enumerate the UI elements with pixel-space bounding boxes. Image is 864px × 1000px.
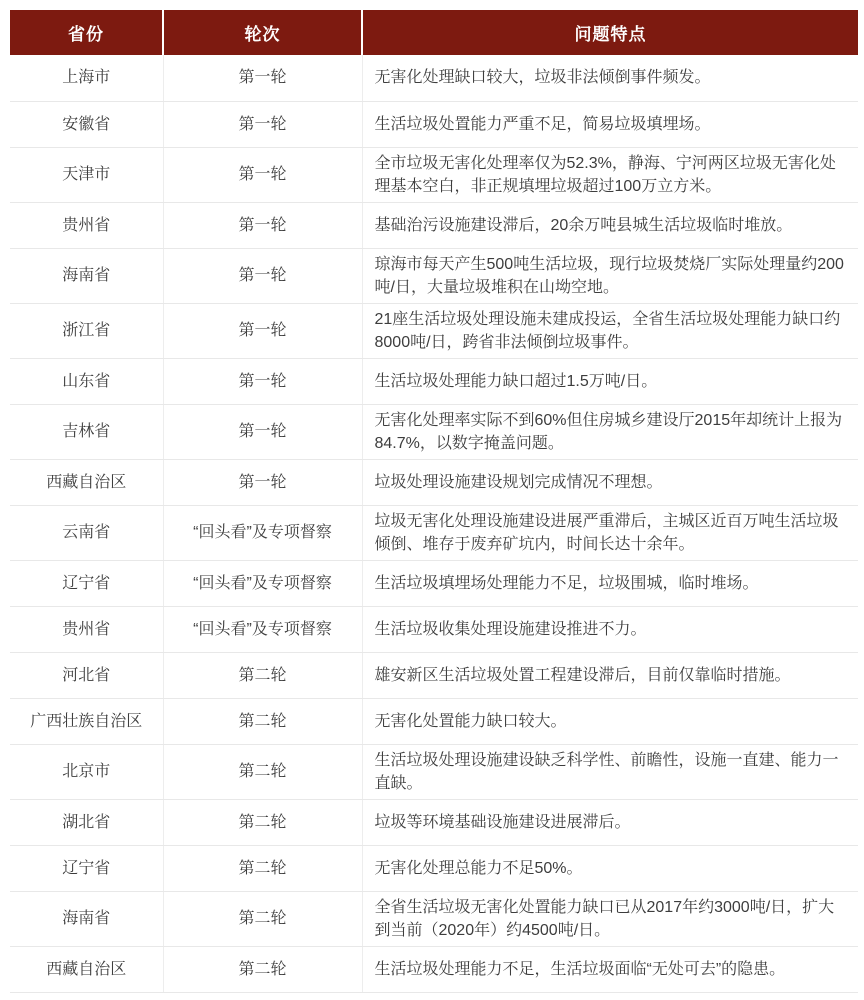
cell-issue: 垃圾无害化处理设施建设进展严重滞后，主城区近百万吨生活垃圾倾倒、堆存于废弃矿坑内… xyxy=(362,505,858,560)
table-row: 西藏自治区第一轮垃圾处理设施建设规划完成情况不理想。 xyxy=(10,459,858,505)
table-row: 广西壮族自治区第二轮无害化处置能力缺口较大。 xyxy=(10,698,858,744)
cell-round: “回头看”及专项督察 xyxy=(163,560,362,606)
table-row: 安徽省第一轮生活垃圾处置能力严重不足，简易垃圾填埋场。 xyxy=(10,101,858,147)
cell-issue: 无害化处理总能力不足50%。 xyxy=(362,845,858,891)
cell-province: 湖北省 xyxy=(10,799,163,845)
cell-issue: 无害化处理缺口较大，垃圾非法倾倒事件频发。 xyxy=(362,55,858,101)
cell-round: 第一轮 xyxy=(163,147,362,202)
cell-province: 河北省 xyxy=(10,652,163,698)
cell-issue: 生活垃圾处理能力缺口超过1.5万吨/日。 xyxy=(362,358,858,404)
inspection-table: 省份 轮次 问题特点 上海市第一轮无害化处理缺口较大，垃圾非法倾倒事件频发。安徽… xyxy=(10,10,858,993)
cell-round: 第一轮 xyxy=(163,459,362,505)
table-body: 上海市第一轮无害化处理缺口较大，垃圾非法倾倒事件频发。安徽省第一轮生活垃圾处置能… xyxy=(10,55,858,992)
table-row: 天津市第一轮全市垃圾无害化处理率仅为52.3%，静海、宁河两区垃圾无害化处理基本… xyxy=(10,147,858,202)
column-header-province: 省份 xyxy=(10,10,163,55)
cell-round: 第一轮 xyxy=(163,404,362,459)
cell-round: 第二轮 xyxy=(163,744,362,799)
cell-issue: 生活垃圾处理能力不足，生活垃圾面临“无处可去”的隐患。 xyxy=(362,946,858,992)
cell-issue: 全省生活垃圾无害化处置能力缺口已从2017年约3000吨/日，扩大到当前（202… xyxy=(362,891,858,946)
cell-issue: 琼海市每天产生500吨生活垃圾，现行垃圾焚烧厂实际处理量约200吨/日，大量垃圾… xyxy=(362,248,858,303)
cell-issue: 无害化处理率实际不到60%但住房城乡建设厅2015年却统计上报为84.7%，以数… xyxy=(362,404,858,459)
cell-round: “回头看”及专项督察 xyxy=(163,505,362,560)
table-row: 湖北省第二轮垃圾等环境基础设施建设进展滞后。 xyxy=(10,799,858,845)
table-row: 浙江省第一轮21座生活垃圾处理设施未建成投运，全省生活垃圾处理能力缺口约8000… xyxy=(10,303,858,358)
table-row: 北京市第二轮生活垃圾处理设施建设缺乏科学性、前瞻性，设施一直建、能力一直缺。 xyxy=(10,744,858,799)
cell-province: 西藏自治区 xyxy=(10,459,163,505)
cell-issue: 垃圾处理设施建设规划完成情况不理想。 xyxy=(362,459,858,505)
cell-issue: 生活垃圾处理设施建设缺乏科学性、前瞻性，设施一直建、能力一直缺。 xyxy=(362,744,858,799)
table-row: 贵州省第一轮基础治污设施建设滞后，20余万吨县城生活垃圾临时堆放。 xyxy=(10,202,858,248)
cell-round: 第二轮 xyxy=(163,652,362,698)
table-row: 海南省第二轮全省生活垃圾无害化处置能力缺口已从2017年约3000吨/日，扩大到… xyxy=(10,891,858,946)
cell-province: 北京市 xyxy=(10,744,163,799)
cell-round: 第二轮 xyxy=(163,698,362,744)
cell-round: 第二轮 xyxy=(163,946,362,992)
cell-province: 上海市 xyxy=(10,55,163,101)
table-row: 河北省第二轮雄安新区生活垃圾处置工程建设滞后，目前仅靠临时措施。 xyxy=(10,652,858,698)
cell-round: 第二轮 xyxy=(163,891,362,946)
cell-province: 云南省 xyxy=(10,505,163,560)
cell-round: “回头看”及专项督察 xyxy=(163,606,362,652)
table-row: 吉林省第一轮无害化处理率实际不到60%但住房城乡建设厅2015年却统计上报为84… xyxy=(10,404,858,459)
cell-province: 山东省 xyxy=(10,358,163,404)
cell-round: 第一轮 xyxy=(163,303,362,358)
table-row: 西藏自治区第二轮生活垃圾处理能力不足，生活垃圾面临“无处可去”的隐患。 xyxy=(10,946,858,992)
column-header-issue: 问题特点 xyxy=(362,10,858,55)
cell-issue: 生活垃圾收集处理设施建设推进不力。 xyxy=(362,606,858,652)
cell-issue: 基础治污设施建设滞后，20余万吨县城生活垃圾临时堆放。 xyxy=(362,202,858,248)
table-row: 辽宁省“回头看”及专项督察生活垃圾填埋场处理能力不足，垃圾围城，临时堆场。 xyxy=(10,560,858,606)
cell-round: 第二轮 xyxy=(163,799,362,845)
cell-province: 西藏自治区 xyxy=(10,946,163,992)
cell-issue: 生活垃圾处置能力严重不足，简易垃圾填埋场。 xyxy=(362,101,858,147)
table-row: 贵州省“回头看”及专项督察生活垃圾收集处理设施建设推进不力。 xyxy=(10,606,858,652)
cell-province: 吉林省 xyxy=(10,404,163,459)
cell-round: 第二轮 xyxy=(163,845,362,891)
cell-province: 广西壮族自治区 xyxy=(10,698,163,744)
cell-round: 第一轮 xyxy=(163,248,362,303)
cell-issue: 垃圾等环境基础设施建设进展滞后。 xyxy=(362,799,858,845)
cell-province: 贵州省 xyxy=(10,202,163,248)
cell-issue: 雄安新区生活垃圾处置工程建设滞后，目前仅靠临时措施。 xyxy=(362,652,858,698)
table-row: 海南省第一轮琼海市每天产生500吨生活垃圾，现行垃圾焚烧厂实际处理量约200吨/… xyxy=(10,248,858,303)
table-row: 云南省“回头看”及专项督察垃圾无害化处理设施建设进展严重滞后，主城区近百万吨生活… xyxy=(10,505,858,560)
cell-issue: 全市垃圾无害化处理率仅为52.3%，静海、宁河两区垃圾无害化处理基本空白，非正规… xyxy=(362,147,858,202)
table-figure: 省份 轮次 问题特点 上海市第一轮无害化处理缺口较大，垃圾非法倾倒事件频发。安徽… xyxy=(0,0,864,1000)
cell-province: 辽宁省 xyxy=(10,560,163,606)
cell-province: 海南省 xyxy=(10,248,163,303)
cell-province: 浙江省 xyxy=(10,303,163,358)
table-row: 上海市第一轮无害化处理缺口较大，垃圾非法倾倒事件频发。 xyxy=(10,55,858,101)
cell-province: 海南省 xyxy=(10,891,163,946)
column-header-round: 轮次 xyxy=(163,10,362,55)
cell-round: 第一轮 xyxy=(163,202,362,248)
cell-issue: 生活垃圾填埋场处理能力不足，垃圾围城，临时堆场。 xyxy=(362,560,858,606)
cell-issue: 21座生活垃圾处理设施未建成投运，全省生活垃圾处理能力缺口约8000吨/日，跨省… xyxy=(362,303,858,358)
table-row: 辽宁省第二轮无害化处理总能力不足50%。 xyxy=(10,845,858,891)
table-row: 山东省第一轮生活垃圾处理能力缺口超过1.5万吨/日。 xyxy=(10,358,858,404)
cell-province: 贵州省 xyxy=(10,606,163,652)
cell-province: 安徽省 xyxy=(10,101,163,147)
header-row: 省份 轮次 问题特点 xyxy=(10,10,858,55)
cell-round: 第一轮 xyxy=(163,101,362,147)
cell-issue: 无害化处置能力缺口较大。 xyxy=(362,698,858,744)
cell-province: 辽宁省 xyxy=(10,845,163,891)
table-header: 省份 轮次 问题特点 xyxy=(10,10,858,55)
cell-round: 第一轮 xyxy=(163,358,362,404)
cell-round: 第一轮 xyxy=(163,55,362,101)
cell-province: 天津市 xyxy=(10,147,163,202)
